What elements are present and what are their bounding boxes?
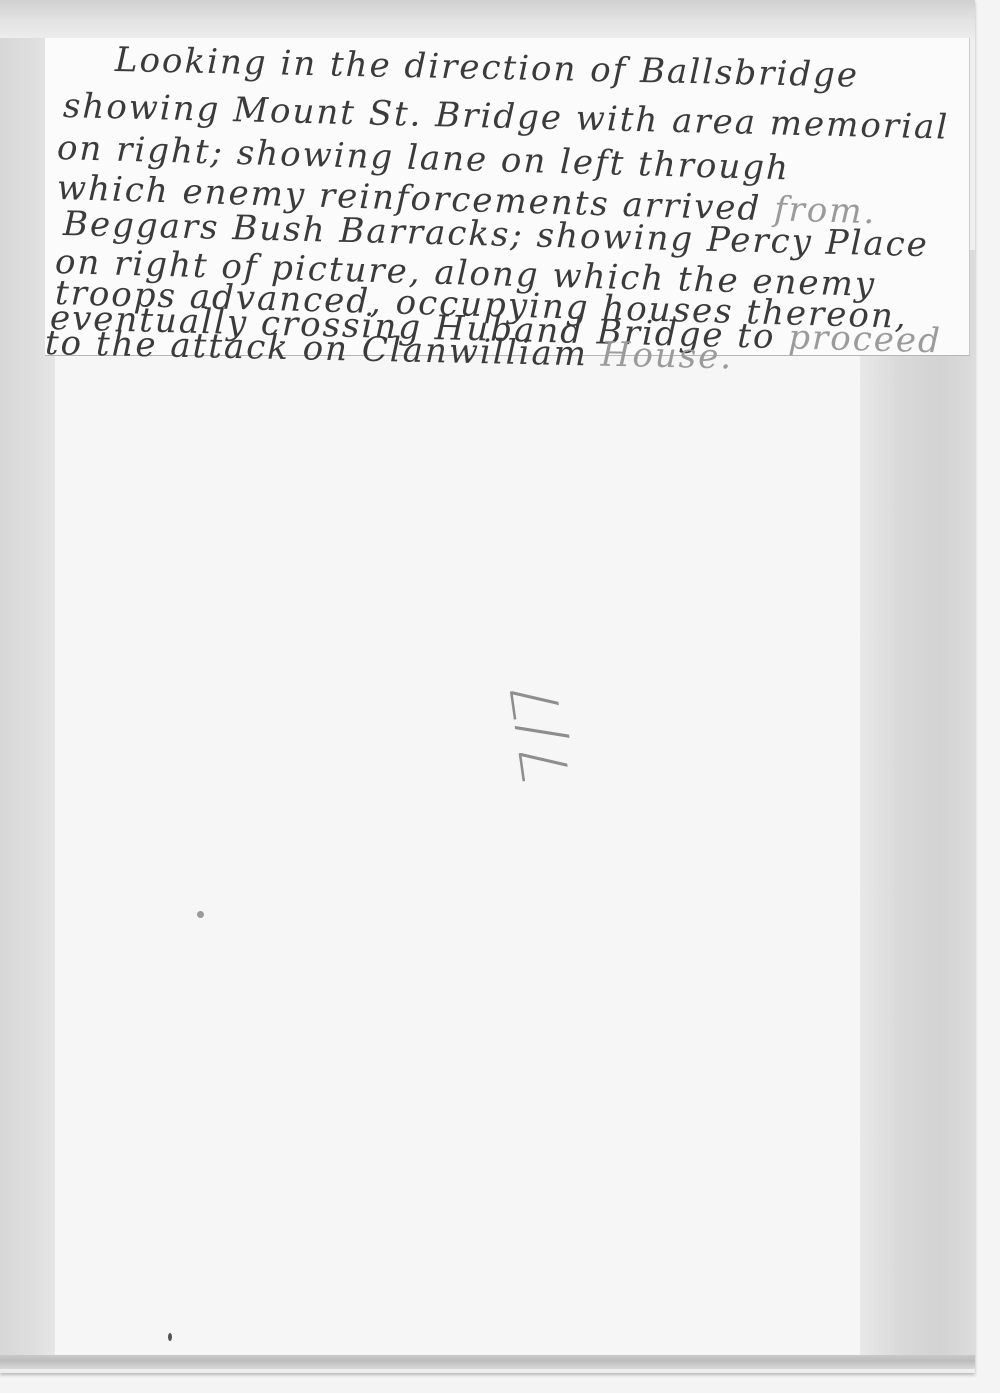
caption-label: Looking in the direction of Ballsbridge …	[45, 38, 970, 356]
paper-speck	[197, 911, 204, 918]
sleeve-right-edge	[860, 250, 975, 1363]
sleeve-bottom-edge	[0, 1355, 975, 1369]
paper-speck	[168, 1333, 172, 1341]
pencil-notation: 7/7	[498, 676, 586, 788]
caption-line: Looking in the direction of Ballsbridge	[115, 40, 860, 96]
sleeve-top-fold	[0, 0, 975, 38]
photo-backing-sheet	[55, 355, 860, 1355]
